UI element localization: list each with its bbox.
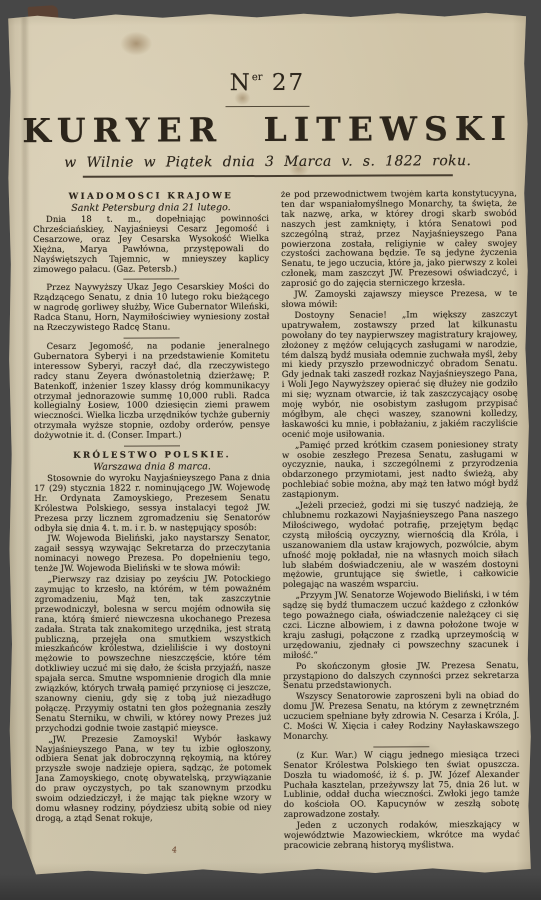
- issue-number-value: 27: [272, 70, 305, 96]
- article-paragraph: Dostoyny Senacie! „Im większy zaszczyt u…: [281, 311, 518, 441]
- section-heading-krolestwo-polskie: KRÓLESTWO POLSKIE.: [34, 450, 270, 461]
- article-paragraph: „Przyym JW. Senatorze Wojewodo Bieliński…: [283, 591, 519, 661]
- article-dateline: Sankt Petersburg dnia 21 lutego.: [33, 202, 269, 214]
- article-paragraph: JW. Wojewoda Bieliński, jako naystarszy …: [34, 534, 270, 575]
- section-divider-rule: [373, 746, 429, 747]
- issue-superscript: er: [252, 72, 263, 83]
- section-divider-rule: [124, 445, 180, 446]
- article-paragraph: „Pamięć przed krótkim czasem poniesioney…: [282, 441, 518, 501]
- article-paragraph: Wszyscy Senatorowie zaproszeni byli na o…: [283, 692, 519, 743]
- newspaper-title: KURYER LITEWSKI: [7, 109, 529, 150]
- article-paragraph: Stosownie do wyroku Nayjaśnieyszego Pana…: [34, 474, 270, 534]
- article-columns: WIADOMOŚCI KRAJOWE Sankt Petersburg dnia…: [33, 190, 520, 860]
- section-divider-rule: [123, 279, 179, 280]
- right-column: że pod przewodnictwem twojém karta konst…: [281, 190, 520, 859]
- section-heading-wiadomosci-krajowe: WIADOMOŚCI KRAJOWE: [33, 191, 269, 202]
- newspaper-paper-sheet: Ner 27 KURYER LITEWSKI w Wilnie w Piątek…: [6, 12, 532, 877]
- paper-stain: [120, 32, 152, 56]
- article-paragraph: „JW. Prezesie Zamoyski! Wybór łaskawy Na…: [35, 735, 271, 825]
- article-paragraph: Jeden z uczonych rodaków, mieszkający w …: [284, 821, 520, 852]
- section-divider-rule: [124, 337, 180, 338]
- article-paragraph: Cesarz Jegomość, na podanie jeneralnego …: [34, 342, 270, 442]
- article-paragraph: (z Kur. War.) W ciągu jednego miesiąca t…: [283, 751, 519, 821]
- issue-prefix: N: [230, 70, 252, 96]
- article-dateline: Warszawa dnia 8 marca.: [34, 461, 270, 473]
- article-paragraph-continuation: że pod przewodnictwem twojém karta konst…: [281, 190, 517, 290]
- article-paragraph: Po skończonym głosie JW. Prezesa Senatu,…: [283, 662, 519, 693]
- article-paragraph: JW. Zamoyski zajawszy mieysce Prezesa, w…: [281, 290, 517, 311]
- left-column: WIADOMOŚCI KRAJOWE Sankt Petersburg dnia…: [33, 191, 272, 860]
- article-paragraph: „Jeżeli przecież, godzi mi się tuszyć na…: [282, 501, 518, 591]
- issue-number: Ner 27: [6, 69, 528, 97]
- scanned-newspaper-page: Ner 27 KURYER LITEWSKI w Wilnie w Piątek…: [0, 0, 541, 900]
- article-paragraph: „Pierwszy raz dzisiay po zeyściu JW. Pot…: [35, 575, 272, 735]
- masthead-long-rule: [83, 174, 453, 178]
- article-paragraph: Przez Naywyższy Ukaz Jego Cesarskiey Moś…: [33, 283, 269, 334]
- publication-dateline: w Wilnie w Piątek dnia 3 Marca v. s. 182…: [7, 153, 529, 171]
- article-paragraph: Dnia 18 t. m., dopełniając powinności Ch…: [33, 215, 269, 275]
- masthead-short-rule: [226, 106, 310, 107]
